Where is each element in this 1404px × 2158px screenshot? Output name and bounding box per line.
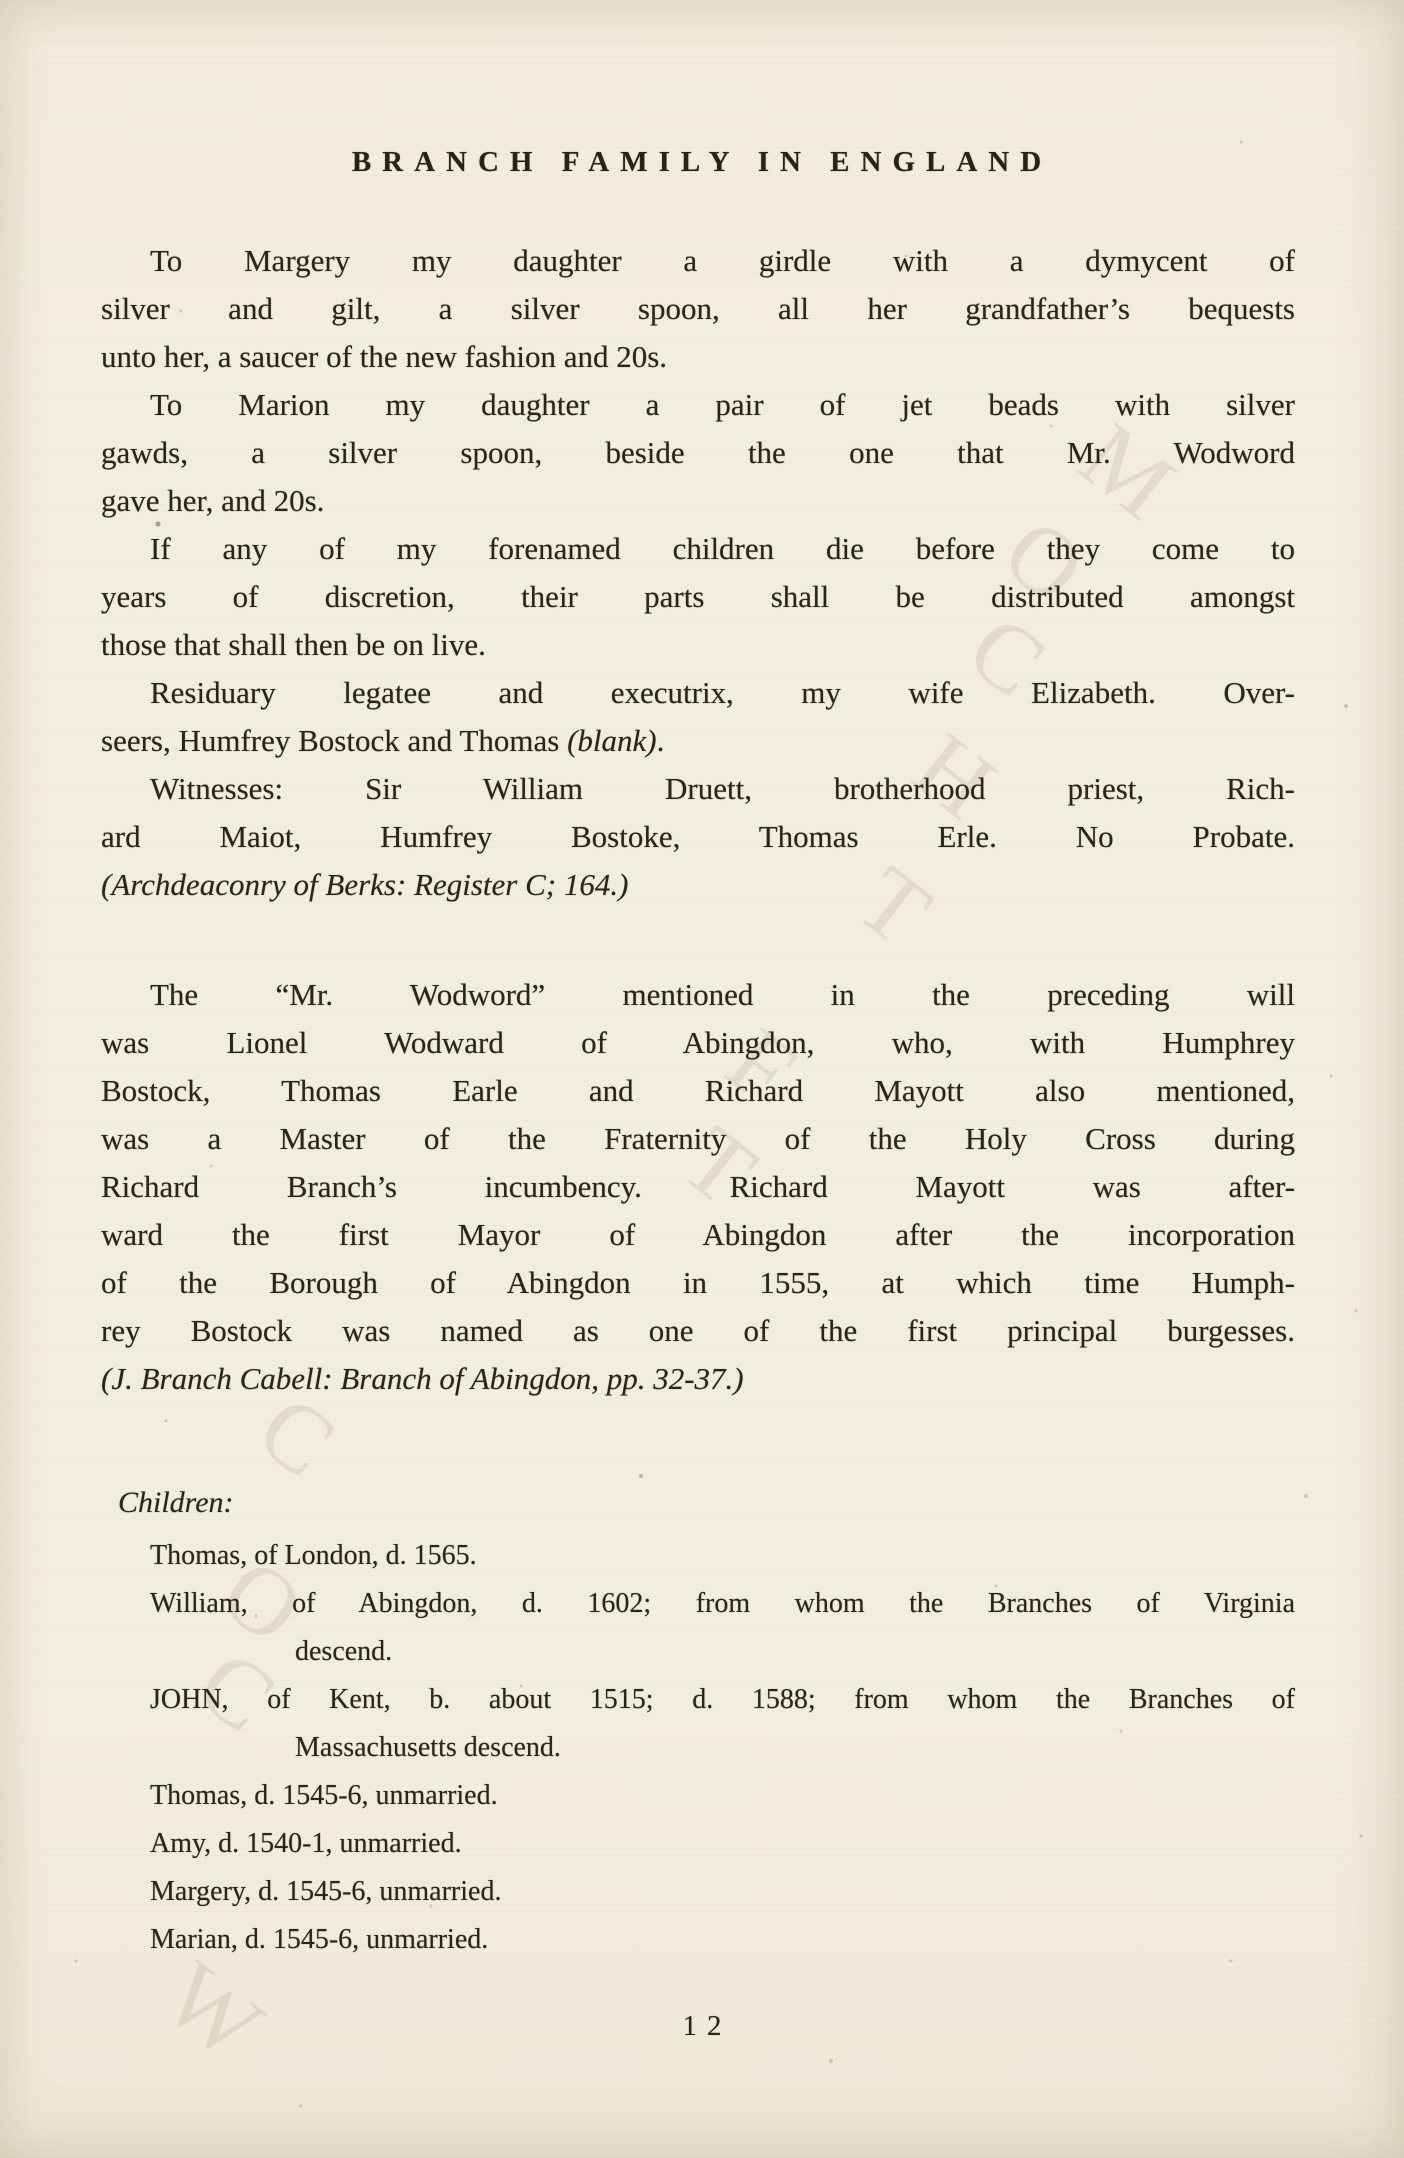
- text-segment: years of discretion, their parts shall b…: [101, 579, 1295, 614]
- text-line: gawds, a silver spoon, beside the one th…: [101, 429, 1295, 477]
- text-segment: of the Borough of Abingdon in 1555, at w…: [101, 1265, 1295, 1300]
- italic-text: (Archdeaconry of Berks: Register C; 164.…: [101, 867, 628, 902]
- text-line: Marian, d. 1545-6, unmarried.: [101, 1916, 1295, 1964]
- text-segment: William, of Abingdon, d. 1602; from whom…: [150, 1588, 1295, 1619]
- text-line: Margery, d. 1545-6, unmarried.: [101, 1868, 1295, 1916]
- text-line: seers, Humfrey Bostock and Thomas (blank…: [101, 717, 1295, 765]
- text-segment: Witnesses: Sir William Druett, brotherho…: [150, 771, 1295, 806]
- text-segment: silver and gilt, a silver spoon, all her…: [101, 291, 1295, 326]
- text-segment: Margery, d. 1545-6, unmarried.: [150, 1876, 501, 1907]
- text-line: ard Maiot, Humfrey Bostoke, Thomas Erle.…: [101, 813, 1295, 861]
- text-line: Thomas, d. 1545-6, unmarried.: [101, 1772, 1295, 1820]
- text-segment: unto her, a saucer of the new fashion an…: [101, 339, 667, 374]
- text-line: Massachusetts descend.: [101, 1724, 1295, 1772]
- children-list: Thomas, of London, d. 1565.William, of A…: [101, 1532, 1295, 1964]
- text-line: Witnesses: Sir William Druett, brotherho…: [101, 765, 1295, 813]
- child-entry: Marian, d. 1545-6, unmarried.: [101, 1916, 1295, 1964]
- text-segment: Richard Branch’s incumbency. Richard May…: [101, 1169, 1295, 1204]
- text-line: was Lionel Wodward of Abingdon, who, wit…: [101, 1019, 1295, 1067]
- text-segment: Thomas, of London, d. 1565.: [150, 1540, 477, 1571]
- text-segment: JOHN, of Kent, b. about 1515; d. 1588; f…: [150, 1684, 1295, 1715]
- child-entry: Margery, d. 1545-6, unmarried.: [101, 1868, 1295, 1916]
- scanned-book-page: MOCHTFTCOCW BRANCH FAMILY IN ENGLAND To …: [0, 0, 1404, 2158]
- text-line: (Archdeaconry of Berks: Register C; 164.…: [101, 861, 1295, 909]
- child-entry: JOHN, of Kent, b. about 1515; d. 1588; f…: [101, 1676, 1295, 1772]
- text-line: unto her, a saucer of the new fashion an…: [101, 333, 1295, 381]
- text-line: years of discretion, their parts shall b…: [101, 573, 1295, 621]
- children-heading: Children:: [101, 1479, 1295, 1527]
- text-segment: ward the first Mayor of Abingdon after t…: [101, 1217, 1295, 1252]
- text-line: To Margery my daughter a girdle with a d…: [101, 237, 1295, 285]
- text-segment: To Margery my daughter a girdle with a d…: [150, 243, 1295, 278]
- text-segment: gave her, and 20s.: [101, 483, 324, 518]
- running-head: BRANCH FAMILY IN ENGLAND: [0, 146, 1404, 179]
- text-segment: If any of my forenamed children die befo…: [150, 531, 1295, 566]
- text-line: was a Master of the Fraternity of the Ho…: [101, 1115, 1295, 1163]
- text-line: rey Bostock was named as one of the firs…: [101, 1307, 1295, 1355]
- text-line: silver and gilt, a silver spoon, all her…: [101, 285, 1295, 333]
- text-line: descend.: [101, 1628, 1295, 1676]
- paper-specks: [0, 0, 2, 2]
- paragraph: The “Mr. Wodword” mentioned in the prece…: [101, 971, 1295, 1403]
- text-segment: Massachusetts descend.: [295, 1732, 561, 1763]
- text-segment: gawds, a silver spoon, beside the one th…: [101, 435, 1295, 470]
- paragraph: To Margery my daughter a girdle with a d…: [101, 237, 1295, 381]
- text-segment: Marian, d. 1545-6, unmarried.: [150, 1924, 488, 1955]
- text-segment: Bostock, Thomas Earle and Richard Mayott…: [101, 1073, 1295, 1108]
- child-entry: Thomas, of London, d. 1565.: [101, 1532, 1295, 1580]
- page-number: 12: [0, 2010, 1404, 2043]
- text-line: Thomas, of London, d. 1565.: [101, 1532, 1295, 1580]
- paragraph: To Marion my daughter a pair of jet bead…: [101, 381, 1295, 525]
- text-line: Richard Branch’s incumbency. Richard May…: [101, 1163, 1295, 1211]
- text-line: If any of my forenamed children die befo…: [101, 525, 1295, 573]
- text-line: The “Mr. Wodword” mentioned in the prece…: [101, 971, 1295, 1019]
- text-line: of the Borough of Abingdon in 1555, at w…: [101, 1259, 1295, 1307]
- text-line: Bostock, Thomas Earle and Richard Mayott…: [101, 1067, 1295, 1115]
- text-line: (J. Branch Cabell: Branch of Abingdon, p…: [101, 1355, 1295, 1403]
- text-segment: The “Mr. Wodword” mentioned in the prece…: [150, 977, 1295, 1012]
- text-segment: was a Master of the Fraternity of the Ho…: [101, 1121, 1295, 1156]
- italic-text: (blank): [567, 723, 657, 758]
- text-line: JOHN, of Kent, b. about 1515; d. 1588; f…: [101, 1676, 1295, 1724]
- text-segment: those that shall then be on live.: [101, 627, 486, 662]
- child-entry: Thomas, d. 1545-6, unmarried.: [101, 1772, 1295, 1820]
- text-segment: To Marion my daughter a pair of jet bead…: [150, 387, 1295, 422]
- text-segment: rey Bostock was named as one of the firs…: [101, 1313, 1295, 1348]
- text-line: Residuary legatee and executrix, my wife…: [101, 669, 1295, 717]
- text-line: To Marion my daughter a pair of jet bead…: [101, 381, 1295, 429]
- italic-text: (J. Branch Cabell: Branch of Abingdon, p…: [101, 1361, 744, 1396]
- text-segment: ard Maiot, Humfrey Bostoke, Thomas Erle.…: [101, 819, 1295, 854]
- child-entry: Amy, d. 1540-1, unmarried.: [101, 1820, 1295, 1868]
- child-entry: William, of Abingdon, d. 1602; from whom…: [101, 1580, 1295, 1676]
- paragraph: Residuary legatee and executrix, my wife…: [101, 669, 1295, 765]
- text-line: ward the first Mayor of Abingdon after t…: [101, 1211, 1295, 1259]
- paragraph: Witnesses: Sir William Druett, brotherho…: [101, 765, 1295, 909]
- text-segment: seers, Humfrey Bostock and Thomas: [101, 723, 567, 758]
- text-line: those that shall then be on live.: [101, 621, 1295, 669]
- text-segment: descend.: [295, 1636, 392, 1667]
- text-segment: .: [657, 723, 665, 758]
- text-segment: Residuary legatee and executrix, my wife…: [150, 675, 1295, 710]
- text-line: Amy, d. 1540-1, unmarried.: [101, 1820, 1295, 1868]
- paragraph: If any of my forenamed children die befo…: [101, 525, 1295, 669]
- will-text: To Margery my daughter a girdle with a d…: [101, 237, 1295, 1403]
- text-segment: was Lionel Wodward of Abingdon, who, wit…: [101, 1025, 1295, 1060]
- text-segment: Thomas, d. 1545-6, unmarried.: [150, 1780, 498, 1811]
- text-line: William, of Abingdon, d. 1602; from whom…: [101, 1580, 1295, 1628]
- text-segment: Amy, d. 1540-1, unmarried.: [150, 1828, 462, 1859]
- page-text-block: To Margery my daughter a girdle with a d…: [101, 237, 1295, 1964]
- text-line: gave her, and 20s.: [101, 477, 1295, 525]
